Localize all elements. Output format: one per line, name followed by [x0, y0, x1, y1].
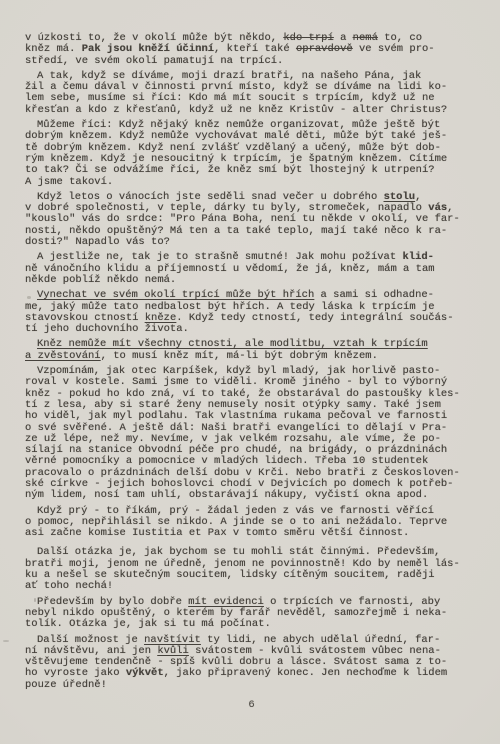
text-segment: tolík. Otázka je, jak si tu má počínat. [25, 618, 271, 630]
paragraph: Další otázka je, jak bychom se tu mohli … [25, 547, 478, 592]
text-segment: ho viděl, jak myl podlahu. Tak vlastníma… [25, 410, 447, 422]
text-segment: věrné pomocníky a pomocnice v mladých li… [25, 455, 428, 467]
paragraph: Když letos o vánocích jste seděli snad v… [25, 192, 478, 248]
ink-speck [34, 598, 36, 602]
text-segment: a sami si odhadne- [314, 289, 434, 301]
paragraph: A jestliže ne, tak je to strašně smutné!… [25, 252, 478, 286]
marked-text: navštívit [144, 634, 201, 646]
text-body: v úzkosti to, že v okolí může být někdo,… [25, 33, 478, 691]
paragraph: Když prý - to říkám, prý - žádal jeden z… [25, 506, 478, 540]
text-segment: roval v kostele. Sami jsme to viděli. Kr… [25, 376, 447, 388]
text-segment: to tak? Či se odvážíme říci, že kněz smí… [25, 164, 435, 176]
text-segment: ně vánočního klidu a příjemností u vědom… [25, 263, 435, 275]
marked-text: klid- [402, 251, 434, 263]
paragraph: Kněz nemůže mít všechny ctnosti, ale mod… [25, 339, 478, 362]
text-segment: bratři moji, jenom ne úředně, jenom ne p… [25, 558, 460, 570]
paragraph: v úzkosti to, že v okolí může být někdo,… [25, 33, 478, 67]
text-segment: , to musí kněz mít, má-li být dobrým kně… [101, 350, 378, 362]
text-segment: tí jeho duchovního života. [25, 323, 189, 335]
text-segment: ať toho nechá! [25, 580, 113, 592]
text-segment: Především by bylo dobře [37, 596, 188, 608]
text-segment: tě dobrým knězem. Když není zvlášť vzděl… [25, 142, 441, 154]
marked-text: Kněz nemůže mít všechny ctnosti, ale mod… [37, 338, 428, 350]
marked-text: Vynechat ve svém okolí trpící může být h… [37, 289, 314, 301]
marked-text: mít evidenci [188, 596, 264, 608]
text-segment: kněz má. [25, 43, 82, 55]
text-segment: dobrým knězem. Když nemůže vychovávat ma… [25, 130, 447, 142]
paragraph: Především by bylo dobře mít evidenci o t… [25, 597, 478, 631]
marked-text: opravdově [296, 43, 353, 55]
text-segment: ze už lépe, než my. Nevíme, v jak velkém… [25, 433, 441, 445]
text-segment: lem sebe, musíme si říci: Kdo má mít sou… [25, 92, 435, 104]
page-number: 6 [25, 699, 478, 711]
text-segment: křesťan a kdo z křesťanů, když už ne kně… [25, 104, 447, 116]
marked-text: výkvět [126, 667, 164, 679]
text-segment: , kteří také [214, 43, 296, 55]
paragraph: A tak, když se díváme, moji drazí bratři… [25, 71, 478, 116]
text-segment: středí, ve svém okolí pamatují na trpící… [25, 55, 283, 67]
text-segment: Další možnost je [37, 634, 144, 646]
ink-speck [31, 86, 36, 88]
text-segment: A jsme takoví. [25, 176, 113, 188]
text-segment: pracovalo o prázdninách delší dobu v Krč… [25, 467, 460, 479]
ink-speck [27, 296, 31, 299]
text-segment: nosti, někdo opuštěný? Má ten a ta také … [25, 225, 447, 237]
text-segment: ty lidi, ne abych udělal úřední, far- [201, 634, 440, 646]
marked-text: a zvěstování [25, 350, 101, 362]
text-segment: ve svém pro- [353, 43, 435, 55]
document-page: v úzkosti to, že v okolí může být někdo,… [0, 0, 500, 744]
text-segment: pouze úředně! [25, 679, 107, 691]
text-segment: ným lidem, nosí tam uhlí, obstarávají ná… [25, 489, 428, 501]
text-segment: "kouslo" vás do srdce: "Pro Pána Boha, n… [25, 213, 460, 225]
text-segment: , jako připravený konec. Jen nechoďme k … [164, 667, 448, 679]
text-segment: me, jaký může tato nedbalost být hřích. … [25, 301, 435, 313]
text-segment: Další otázka je, jak bychom se tu mohli … [37, 546, 440, 558]
text-segment: asi začne komise Iustitia et Pax v tomto… [25, 527, 409, 539]
text-segment: Když prý - to říkám, prý - žádal jeden z… [37, 505, 434, 517]
text-segment: . Když tedy ctností, tedy integrální sou… [176, 312, 453, 324]
paragraph: Vynechat ve svém okolí trpící může být h… [25, 290, 478, 335]
text-segment: o své svěřené. A ještě dál: Naši bratři … [25, 422, 447, 434]
paragraph: Další možnost je navštívit ty lidi, ne a… [25, 635, 478, 691]
marked-text: Pak jsou kněží účinní [82, 43, 214, 55]
text-segment: o trpících ve farnosti, aby [264, 596, 440, 608]
text-segment: ho vyroste jako [25, 667, 126, 679]
text-segment: kněz - pokud ho kdo zná, ví to také, že … [25, 388, 460, 400]
paragraph: Vzpomínám, jak otec Karpíšek, když byl m… [25, 366, 478, 502]
text-segment: někde poblíž někdo nemá. [25, 274, 176, 286]
ink-speck [3, 640, 9, 642]
text-segment: A jestliže ne, tak je to strašně smutné!… [37, 251, 402, 263]
text-segment: dosti?" Napadlo vás to? [25, 236, 170, 248]
paragraph: Můžeme říci: Když nějaký kněz nemůže org… [25, 120, 478, 188]
